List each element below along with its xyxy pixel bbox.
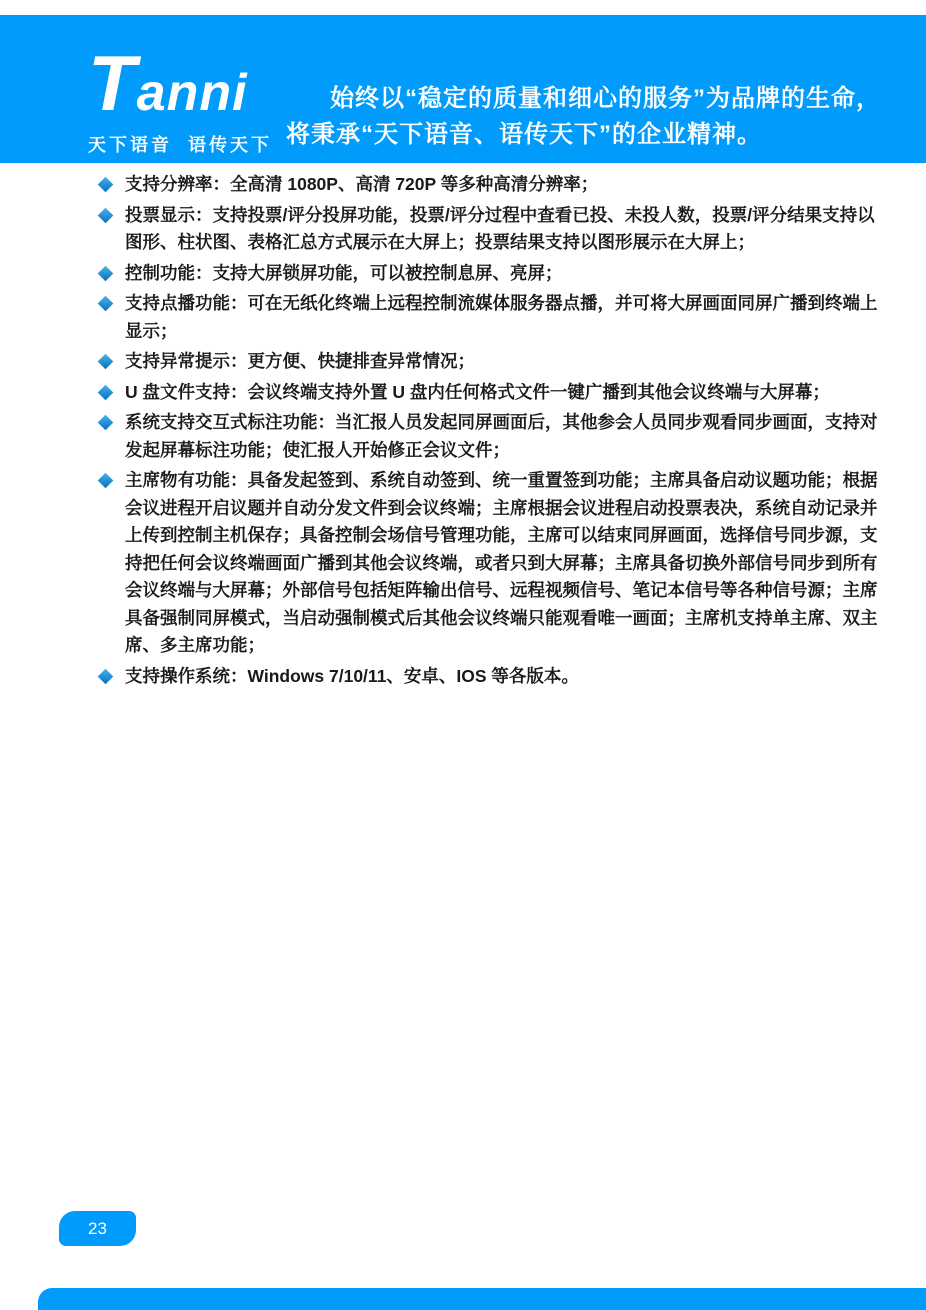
diamond-bullet-icon — [98, 668, 114, 684]
diamond-bullet-icon — [98, 354, 114, 370]
feature-item-annotation: 系统支持交互式标注功能：当汇报人员发起同屏画面后，其他参会人员同步观看同步画面，… — [99, 409, 885, 464]
diamond-bullet-icon — [98, 207, 114, 223]
feature-item-control: 控制功能：支持大屏锁屏功能，可以被控制息屏、亮屏； — [99, 260, 885, 288]
feature-item-exception-alert: 支持异常提示：更方便、快捷排查异常情况； — [99, 348, 885, 376]
diamond-bullet-icon — [98, 265, 114, 281]
brand-logo-text: Tanni — [88, 43, 272, 133]
feature-item-on-demand: 支持点播功能：可在无纸化终端上远程控制流媒体服务器点播，并可将大屏画面同屏广播到… — [99, 290, 885, 345]
feature-item-chairman: 主席物有功能：具备发起签到、系统自动签到、统一重置签到功能；主席具备启动议题功能… — [99, 467, 885, 660]
feature-item-os-support: 支持操作系统：Windows 7/10/11、安卓、IOS 等各版本。 — [99, 663, 885, 691]
diamond-bullet-icon — [98, 384, 114, 400]
feature-text: U 盘文件支持：会议终端支持外置 U 盘内任何格式文件一键广播到其他会议终端与大… — [125, 382, 830, 402]
feature-text: 主席物有功能：具备发起签到、系统自动签到、统一重置签到功能；主席具备启动议题功能… — [125, 470, 878, 655]
feature-list: 支持分辨率：全高清 1080P、高清 720P 等多种高清分辨率； 投票显示：支… — [99, 171, 889, 693]
page-header: Tanni 天下语音 语传天下 始终以“稳定的质量和细心的服务”为品牌的生命， … — [0, 15, 926, 163]
slogan-line-2: 将秉承“天下语音、语传天下”的企业精神。 — [286, 117, 922, 153]
page-number-badge: 23 — [59, 1211, 136, 1246]
feature-item-voting-display: 投票显示：支持投票/评分投屏功能，投票/评分过程中查看已投、未投人数，投票/评分… — [99, 202, 885, 257]
feature-text: 控制功能：支持大屏锁屏功能，可以被控制息屏、亮屏； — [125, 263, 563, 283]
diamond-bullet-icon — [98, 473, 114, 489]
page-number: 23 — [88, 1219, 107, 1239]
feature-text: 投票显示：支持投票/评分投屏功能，投票/评分过程中查看已投、未投人数，投票/评分… — [125, 205, 875, 253]
feature-item-usb-file: U 盘文件支持：会议终端支持外置 U 盘内任何格式文件一键广播到其他会议终端与大… — [99, 379, 885, 407]
slogan-line-1: 始终以“稳定的质量和细心的服务”为品牌的生命， — [286, 81, 922, 117]
footer-bar — [38, 1288, 926, 1310]
diamond-bullet-icon — [98, 296, 114, 312]
feature-text: 支持分辨率：全高清 1080P、高清 720P 等多种高清分辨率； — [125, 174, 598, 194]
feature-text: 支持操作系统：Windows 7/10/11、安卓、IOS 等各版本。 — [125, 666, 579, 686]
document-page: Tanni 天下语音 语传天下 始终以“稳定的质量和细心的服务”为品牌的生命， … — [0, 0, 926, 1310]
feature-text: 系统支持交互式标注功能：当汇报人员发起同屏画面后，其他参会人员同步观看同步画面，… — [125, 412, 878, 460]
feature-text: 支持异常提示：更方便、快捷排查异常情况； — [125, 351, 475, 371]
feature-text: 支持点播功能：可在无纸化终端上远程控制流媒体服务器点播，并可将大屏画面同屏广播到… — [125, 293, 878, 341]
header-slogan: 始终以“稳定的质量和细心的服务”为品牌的生命， 将秉承“天下语音、语传天下”的企… — [286, 81, 922, 153]
brand-tagline: 天下语音 语传天下 — [88, 131, 272, 157]
diamond-bullet-icon — [98, 177, 114, 193]
brand-logo: Tanni 天下语音 语传天下 — [88, 43, 272, 157]
diamond-bullet-icon — [98, 415, 114, 431]
feature-item-resolution: 支持分辨率：全高清 1080P、高清 720P 等多种高清分辨率； — [99, 171, 885, 199]
